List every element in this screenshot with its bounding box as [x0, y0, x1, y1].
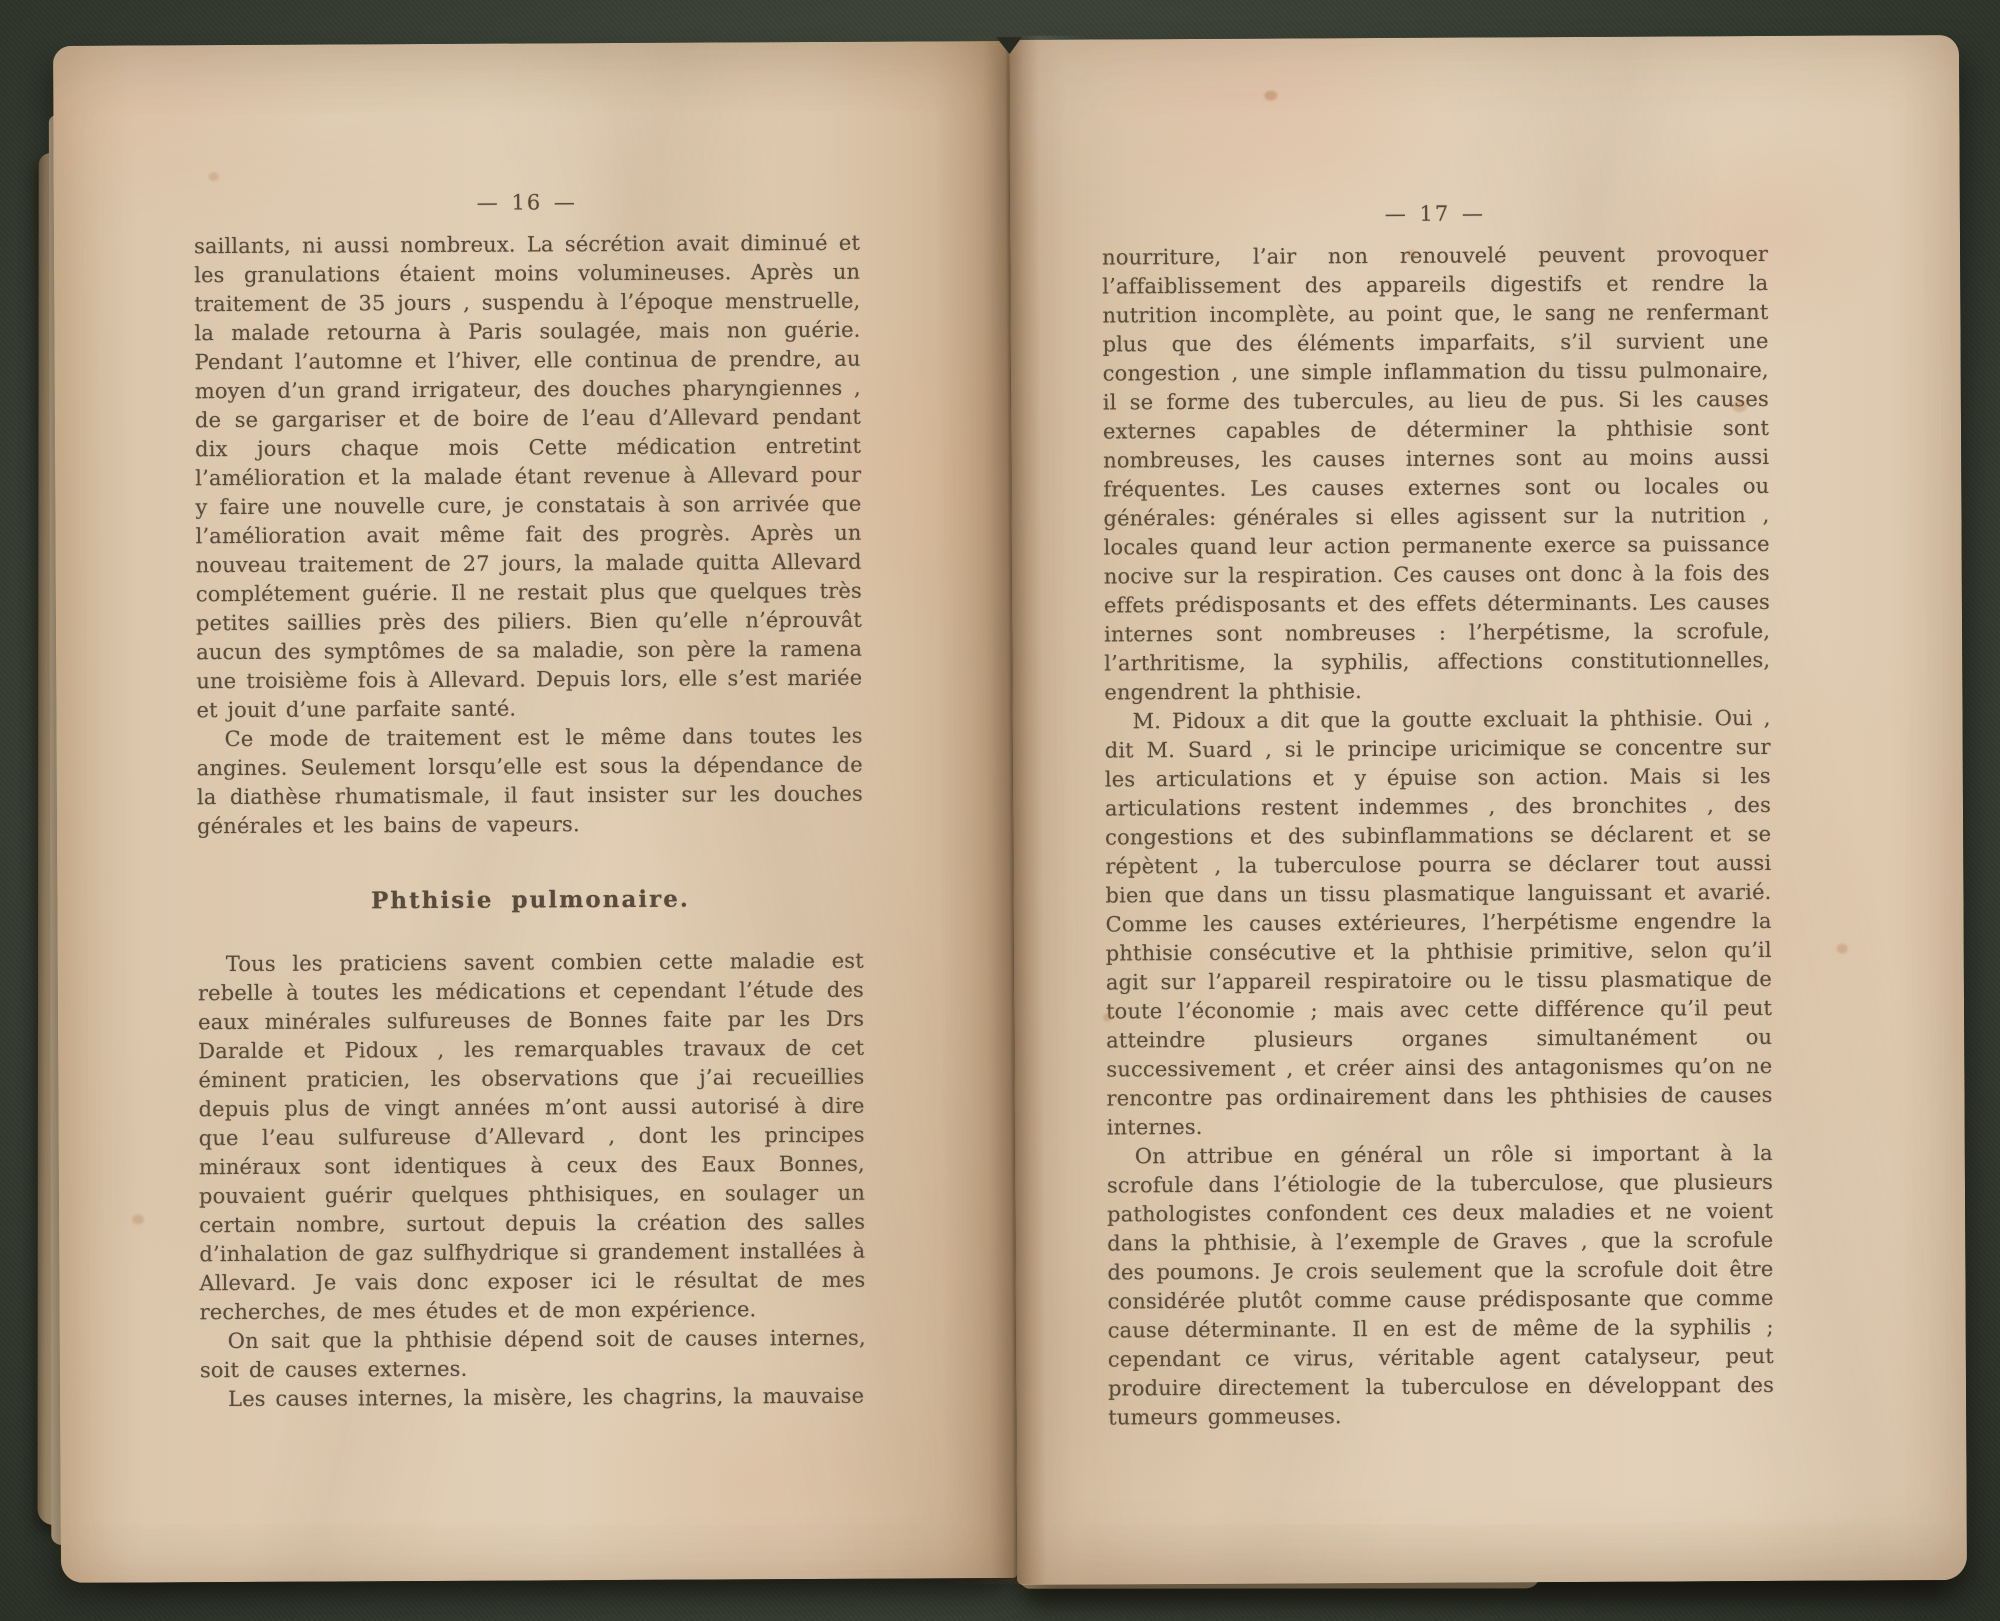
- paragraph: Tous les praticiens savent combien cette…: [198, 947, 866, 1327]
- paragraph: On attribue en général un rôle si import…: [1107, 1139, 1775, 1432]
- page-number-right: — 17 —: [1102, 198, 1768, 230]
- paragraph: On sait que la phthisie dépend soit de c…: [200, 1324, 866, 1385]
- paragraph: M. Pidoux a dit que la goutte excluait l…: [1104, 704, 1772, 1142]
- page-17: — 17 — nourriture, l’air non renouvelé p…: [1009, 35, 1967, 1585]
- paragraph: Ce mode de traitement est le même dans t…: [197, 722, 864, 841]
- photo-background: — 16 — saillants, ni aussi nombreux. La …: [0, 0, 2000, 1621]
- paragraph-continuation: nourriture, l’air non renouvelé peuvent …: [1102, 240, 1770, 707]
- page-number-left: — 16 —: [194, 187, 860, 219]
- paragraph: Les causes internes, la misère, les chag…: [200, 1382, 866, 1414]
- page-16-text-block: — 16 — saillants, ni aussi nombreux. La …: [194, 187, 866, 1414]
- page-17-text-block: — 17 — nourriture, l’air non renouvelé p…: [1102, 198, 1774, 1432]
- paragraph-continuation: saillants, ni aussi nombreux. La sécréti…: [194, 229, 863, 725]
- book-spread: — 16 — saillants, ni aussi nombreux. La …: [0, 0, 2000, 1621]
- page-16: — 16 — saillants, ni aussi nombreux. La …: [53, 41, 1017, 1583]
- section-heading: Phthisie pulmonaire.: [197, 884, 863, 916]
